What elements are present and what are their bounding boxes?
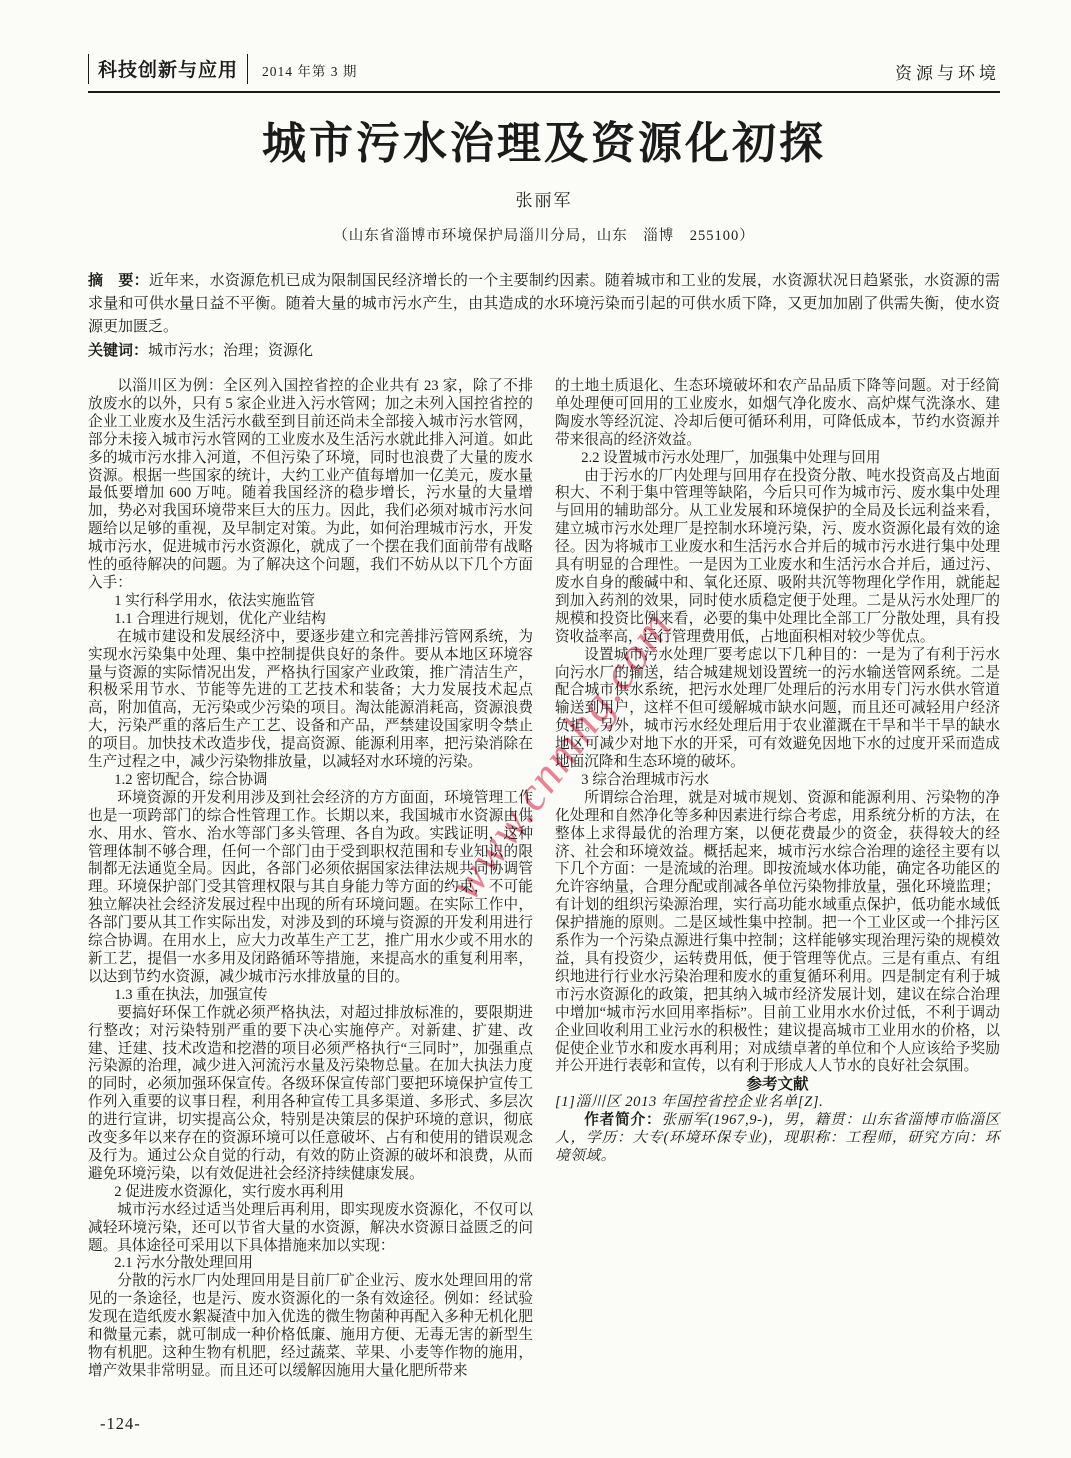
section-heading: 3 综合治理城市污水	[555, 772, 1000, 790]
paragraph: 分散的污水厂内处理回用是目前厂矿企业污、废水处理回用的常见的一条途径，也是污、废…	[88, 1273, 533, 1380]
section-heading: 1.2 密切配合，综合协调	[88, 772, 533, 790]
paragraph: 由于污水的厂内处理与回用存在投资分散、吨水投资高及占地面积大、不利于集中管理等缺…	[555, 468, 1000, 647]
right-column: 的土地土质退化、生态环境破坏和农产品品质下降等问题。对于经简单处理便可回用的工业…	[555, 378, 1000, 1381]
keywords-label: 关键词：	[88, 342, 148, 359]
abstract-label: 摘 要：	[88, 272, 149, 289]
abstract-paragraph: 摘 要：近年来，水资源危机已成为限制国民经济增长的一个主要制约因素。随着城市和工…	[88, 269, 1000, 339]
journal-section: 资源与环境	[895, 59, 1000, 84]
paragraph: 城市污水经过适当处理后再利用，即实现废水资源化，不仅可以减轻环境污染，还可以节省…	[88, 1202, 533, 1256]
page-number: -124-	[100, 1414, 141, 1434]
reference-entry: [1]淄川区 2013 年国控省控企业名单[Z].	[555, 1094, 1000, 1112]
paragraph: 要搞好环保工作就必须严格执法，对超过排放标准的，要限期进行整改；对污染特别严重的…	[88, 1005, 533, 1184]
body-columns: 以淄川区为例：全区列入国控省控的企业共有 23 家，除了不排放废水的以外，只有 …	[88, 378, 1000, 1381]
author-name: 张丽军	[88, 186, 1000, 211]
journal-header: 科技创新与应用 2014 年第 3 期 资源与环境	[88, 54, 1000, 93]
affiliation: （山东省淄博市环境保护局淄川分局，山东 淄博 255100）	[88, 224, 1000, 245]
references-heading: 参考文献	[555, 1076, 1000, 1094]
keywords-text: 城市污水；治理；资源化	[148, 343, 313, 359]
section-heading: 2.2 设置城市污水处理厂，加强集中处理与回用	[555, 450, 1000, 468]
journal-header-left: 科技创新与应用 2014 年第 3 期	[88, 54, 357, 84]
author-bio: 作者简介：张丽军(1967,9-)，男，籍贯：山东省淄博市临淄区人，学历：大专(…	[555, 1112, 1000, 1166]
paragraph: 环境资源的开发利用涉及到社会经济的方方面面，环境管理工作也是一项跨部门的综合性管…	[88, 790, 533, 987]
abstract-text: 近年来，水资源危机已成为限制国民经济增长的一个主要制约因素。随着城市和工业的发展…	[88, 273, 1000, 335]
section-heading: 2.1 污水分散处理回用	[88, 1255, 533, 1273]
section-heading: 1 实行科学用水，依法实施监管	[88, 593, 533, 611]
paragraph: 以淄川区为例：全区列入国控省控的企业共有 23 家，除了不排放废水的以外，只有 …	[88, 378, 533, 593]
left-column: 以淄川区为例：全区列入国控省控的企业共有 23 家，除了不排放废水的以外，只有 …	[88, 378, 533, 1381]
section-heading: 1.1 合理进行规划，优化产业结构	[88, 611, 533, 629]
journal-name: 科技创新与应用	[88, 54, 248, 84]
section-heading: 2 促进废水资源化，实行废水再利用	[88, 1184, 533, 1202]
article-title: 城市污水治理及资源化初探	[88, 107, 1000, 171]
journal-issue: 2014 年第 3 期	[262, 60, 357, 80]
author-bio-label: 作者简介：	[584, 1112, 661, 1128]
section-heading: 1.3 重在执法，加强宣传	[88, 987, 533, 1005]
paragraph-continued: 的土地土质退化、生态环境破坏和农产品品质下降等问题。对于经简单处理便可回用的工业…	[555, 378, 1000, 450]
paragraph: 在城市建设和发展经济中，要逐步建立和完善排污管网系统，为实现水污染集中处理、集中…	[88, 629, 533, 772]
keywords-paragraph: 关键词：城市污水；治理；资源化	[88, 339, 1000, 363]
paragraph: 所谓综合治理，就是对城市规划、资源和能源利用、污染物的净化处理和自然净化等多种因…	[555, 790, 1000, 1077]
abstract-block: 摘 要：近年来，水资源危机已成为限制国民经济增长的一个主要制约因素。随着城市和工…	[88, 269, 1000, 363]
journal-page: 科技创新与应用 2014 年第 3 期 资源与环境 城市污水治理及资源化初探 张…	[0, 0, 1071, 1458]
paragraph: 设置城市污水处理厂要考虑以下几种目的：一是为了有利于污水向污水厂的输送，结合城建…	[555, 647, 1000, 772]
